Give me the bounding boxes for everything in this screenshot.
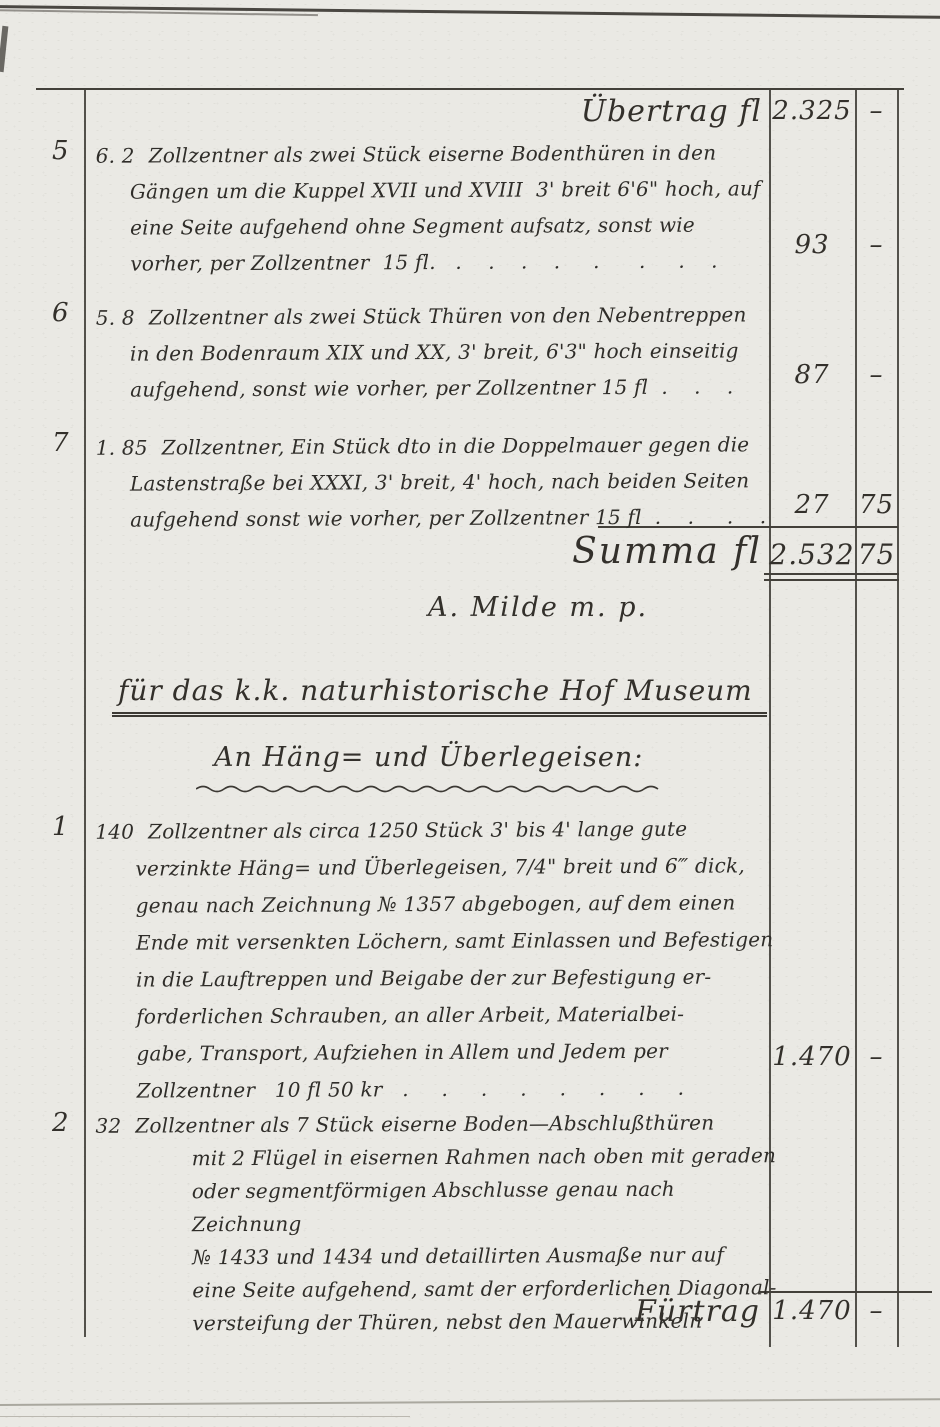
item-line: 5. 8Zollzentner als zwei Stück Thüren vo… [96,296,778,336]
summa-label: Summa fl [420,531,762,572]
item-line: mit 2 Flügel in eisernen Rahmen nach obe… [96,1139,778,1176]
line-item-7: 71. 85Zollzentner, Ein Stück dto in die … [44,428,778,536]
carryforward-label: Fürtrag [555,1294,760,1329]
item6-amount-fl: 87 [769,360,855,390]
summa-amount-fl: 2.532 [769,538,855,571]
right-edge-rule [897,90,899,1347]
document-page: Übertrag fl 2.325 – 56. 2Zollzentner als… [0,0,940,1427]
item7-amount-kr: 75 [856,490,897,520]
item-line: verzinkte Häng= und Überlegeisen, 7/4" b… [95,847,777,888]
summa-double-rule [764,573,899,581]
line-item-5: 56. 2Zollzentner als zwei Stück eiserne … [44,136,778,280]
item-line: 1. 85Zollzentner, Ein Stück dto in die D… [96,426,778,466]
item5-amount-kr: – [856,230,897,260]
scan-edge-bottom-echo [0,1416,410,1417]
section-title: für das k.k. naturhistorische Hof Museum [112,674,767,717]
item-description: 1. 85Zollzentner, Ein Stück dto in die D… [96,426,779,538]
item-description: 140Zollzentner als circa 1250 Stück 3' b… [95,810,779,1110]
scan-corner-mark [0,26,8,72]
item-line: Lastenstraße bei XXXI, 3' breit, 4' hoch… [96,462,778,502]
carryover-amount-fl: 2.325 [769,96,855,126]
item-number: 1 [52,812,69,842]
item-number: 2 [52,1108,69,1138]
summa-amount-kr: 75 [856,538,897,571]
line-item-1: 1140Zollzentner als circa 1250 Stück 3' … [44,812,778,1108]
item-line: eine Seite aufgehend ohne Segment aufsat… [96,206,778,246]
item-line: 6. 2Zollzentner als zwei Stück eiserne B… [96,134,778,174]
item5-amount-fl: 93 [769,230,855,260]
item-line: oder segmentförmigen Abschlusse genau na… [96,1172,778,1242]
item-line: Ende mit versenkten Löchern, samt Einlas… [96,921,778,962]
item-quantity: 6. 2 [96,144,135,168]
item-quantity: 1. 85 [96,436,148,460]
item-description: 6. 2Zollzentner als zwei Stück eiserne B… [96,134,779,282]
item-line: in den Bodenraum XIX und XX, 3' breit, 6… [96,332,778,372]
item-quantity: 5. 8 [96,306,135,330]
signature: A. Milde m. p. [428,592,648,623]
line-item-6: 65. 8Zollzentner als zwei Stück Thüren v… [44,298,778,406]
item-number: 7 [52,428,69,458]
item-line: forderlichen Schrauben, an aller Arbeit,… [96,995,778,1036]
item-line: Gängen um die Kuppel XVII und XVIII 3' b… [96,170,778,210]
item-line: gabe, Transport, Aufziehen in Allem und … [96,1032,778,1073]
item-line: aufgehend, sonst wie vorher, per Zollzen… [96,368,778,408]
item-line: in die Lauftreppen und Beigabe der zur B… [96,958,778,999]
item-number: 6 [52,298,69,328]
item-line: vorher, per Zollzentner 15 fl. . . . . .… [96,242,778,282]
item-line: № 1433 und 1434 und detaillirten Ausmaße… [96,1238,778,1275]
section-subtitle: An Häng= und Überlegeisen: [214,742,643,773]
table-top-rule [36,88,904,90]
item1-amount-kr: – [856,1042,897,1072]
item-description: 5. 8Zollzentner als zwei Stück Thüren vo… [96,296,779,408]
kreuzer-column-rule [855,90,857,1347]
scan-edge-bottom [0,1398,940,1406]
item1-amount-fl: 1.470 [769,1042,855,1072]
carryover-amount-kr: – [856,96,897,126]
item-line: Zollzentner 10 fl 50 kr . . . . . . . . [97,1069,779,1110]
item-line: 32Zollzentner als 7 Stück eiserne Boden—… [95,1106,777,1143]
carryover-label: Übertrag fl [390,94,762,129]
carryforward-amount-fl: 1.470 [769,1296,855,1326]
item-quantity: 32 [95,1114,121,1138]
item7-amount-fl: 27 [769,490,855,520]
item-line: 140Zollzentner als circa 1250 Stück 3' b… [95,810,777,851]
item-line: genau nach Zeichnung № 1357 abgebogen, a… [96,884,778,925]
item6-amount-kr: – [856,360,897,390]
carryforward-rule [760,1291,932,1293]
item-quantity: 140 [95,820,134,844]
wavy-underline [196,784,666,794]
carryforward-amount-kr: – [856,1296,897,1326]
item-number: 5 [52,136,69,166]
